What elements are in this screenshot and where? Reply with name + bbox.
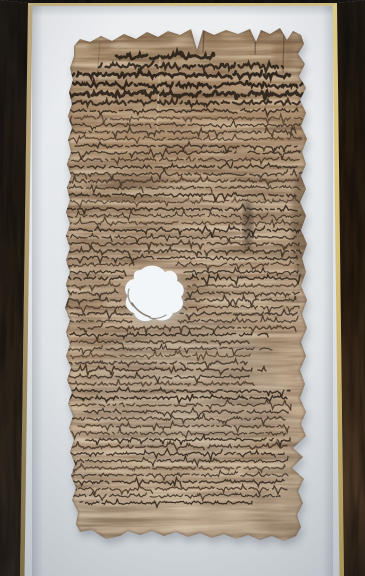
photo-canvas (0, 0, 365, 576)
framed-papyrus-photo (0, 0, 365, 576)
photo-vignette (0, 0, 365, 576)
